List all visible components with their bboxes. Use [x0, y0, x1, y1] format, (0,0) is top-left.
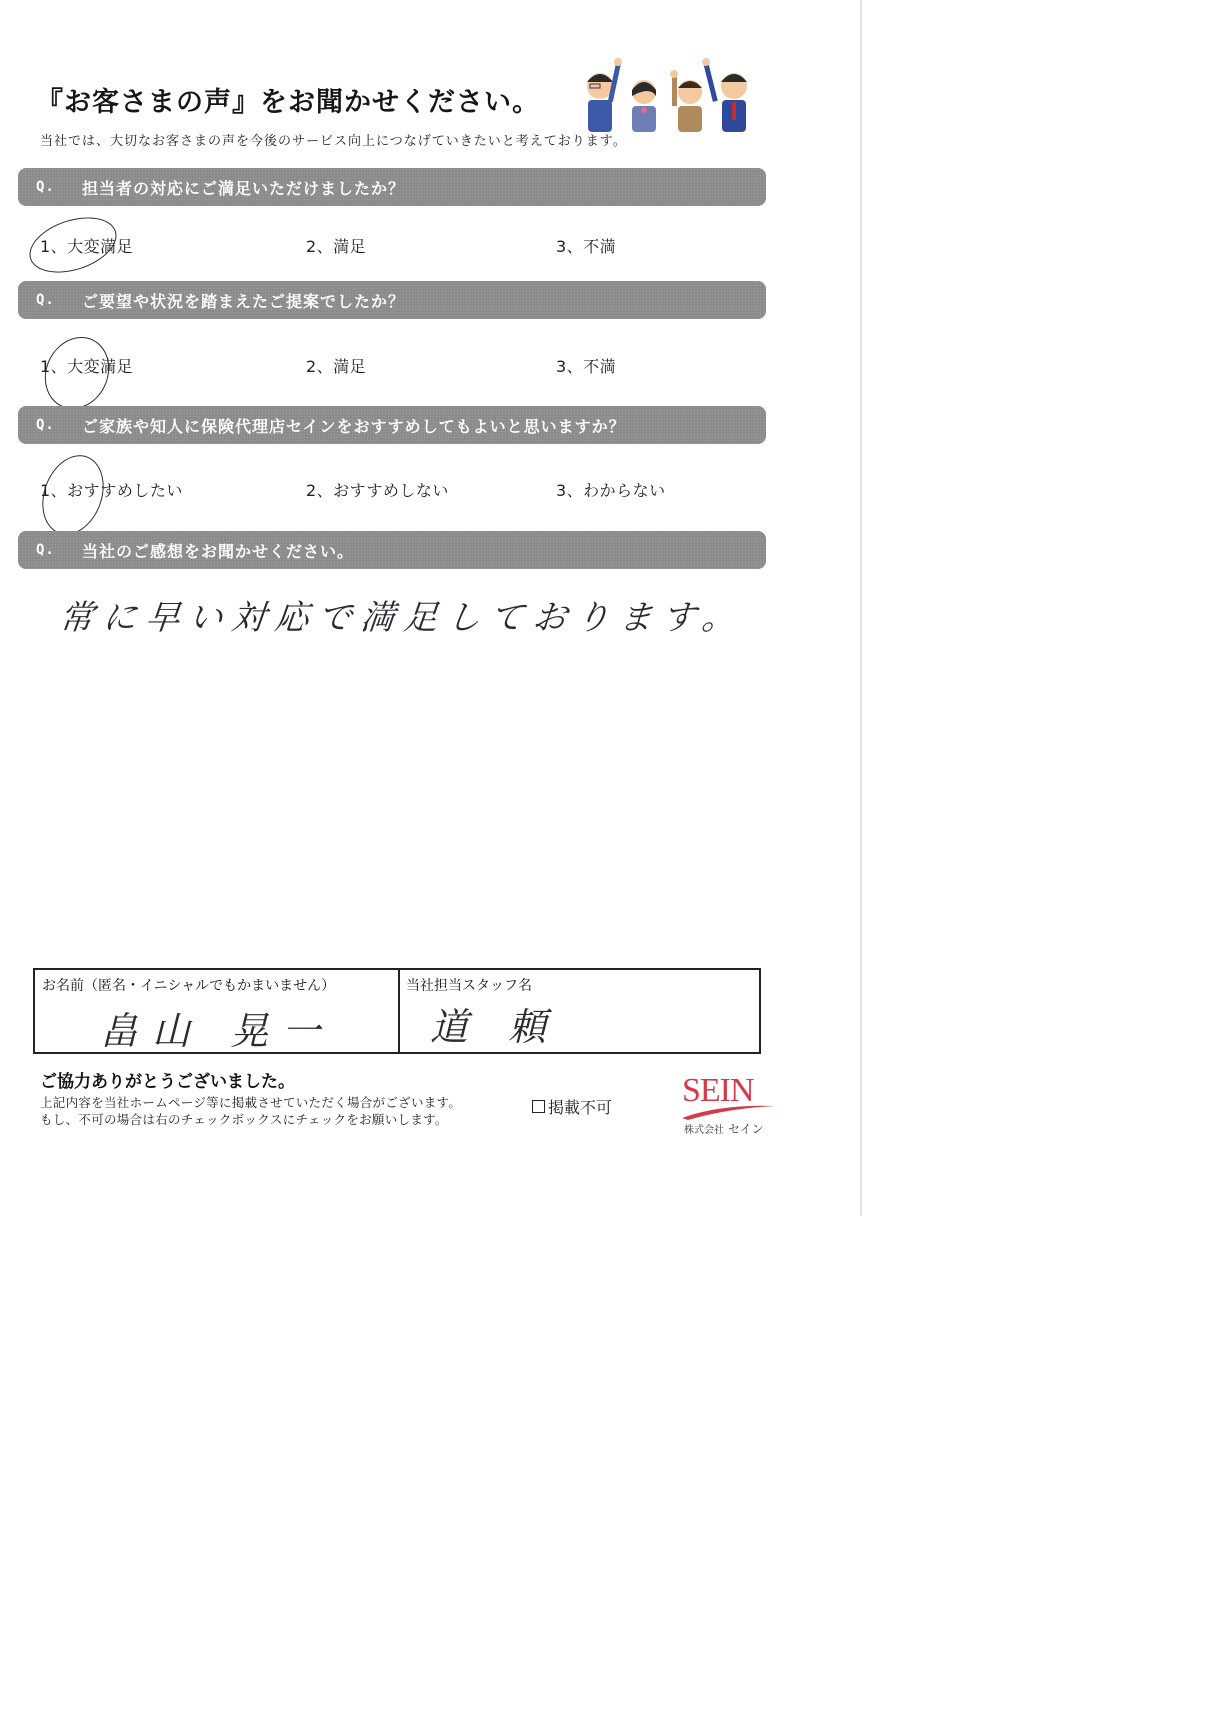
question-marker: Q. — [36, 292, 82, 308]
signature-divider — [398, 968, 400, 1054]
thanks-message: ご協力ありがとうございました。 — [40, 1067, 295, 1092]
question-2-text: ご要望や状況を踏まえたご提案でしたか？ — [82, 289, 405, 312]
question-1-header: Q. 担当者の対応にご満足いただけましたか？ — [18, 168, 766, 206]
company-logo: SEIN 株式会社セイン — [680, 1072, 780, 1136]
q3-option-3[interactable]: 3、わからない — [556, 478, 666, 501]
question-1-text: 担当者の対応にご満足いただけましたか？ — [82, 176, 405, 199]
question-marker: Q. — [36, 179, 82, 195]
logo-swoosh-icon — [680, 1102, 780, 1120]
name-label: お名前（匿名・イニシャルでもかまいません） — [42, 975, 335, 995]
question-marker: Q. — [36, 542, 82, 558]
staff-label: 当社担当スタッフ名 — [406, 975, 532, 995]
company-name-text: セイン — [728, 1122, 764, 1136]
page-title: 『お客さまの声』をお聞かせください。 — [36, 80, 540, 119]
no-publish-checkbox[interactable] — [532, 1100, 545, 1113]
scan-edge-line — [860, 0, 862, 1216]
intro-text: 当社では、大切なお客さまの声を今後のサービス向上につなげていきたいと考えておりま… — [40, 130, 627, 149]
question-marker: Q. — [36, 417, 82, 433]
staff-name-field[interactable]: 道 頼 — [430, 996, 560, 1051]
question-4-header: Q. 当社のご感想をお聞かせください。 — [18, 531, 766, 569]
cheering-staff-illustration — [578, 52, 758, 134]
q3-selection-circle — [32, 447, 115, 544]
q1-selection-circle — [22, 207, 123, 282]
question-2-header: Q. ご要望や状況を踏まえたご提案でしたか？ — [18, 281, 766, 319]
q1-option-3[interactable]: 3、不満 — [556, 234, 616, 257]
q1-option-2[interactable]: 2、満足 — [306, 234, 366, 257]
company-name: 株式会社セイン — [684, 1120, 764, 1137]
q3-option-2[interactable]: 2、おすすめしない — [306, 478, 449, 501]
name-field[interactable]: 畠山 晃一 — [100, 1000, 334, 1055]
q2-option-3[interactable]: 3、不満 — [556, 354, 616, 377]
handwritten-feedback[interactable]: 常に早い対応で満足しております。 — [57, 590, 747, 639]
publication-note-line-2: もし、不可の場合は右のチェックボックスにチェックをお願いします。 — [40, 1110, 448, 1128]
company-prefix: 株式会社 — [684, 1125, 724, 1136]
question-3-text: ご家族や知人に保険代理店セインをおすすめしてもよいと思いますか？ — [82, 414, 626, 437]
no-publish-option[interactable]: 掲載不可 — [532, 1095, 612, 1118]
question-4-text: 当社のご感想をお聞かせください。 — [82, 539, 354, 562]
no-publish-label: 掲載不可 — [548, 1095, 612, 1118]
question-3-header: Q. ご家族や知人に保険代理店セインをおすすめしてもよいと思いますか？ — [18, 406, 766, 444]
q2-option-2[interactable]: 2、満足 — [306, 354, 366, 377]
publication-note-line-1: 上記内容を当社ホームページ等に掲載させていただく場合がございます。 — [40, 1093, 461, 1111]
